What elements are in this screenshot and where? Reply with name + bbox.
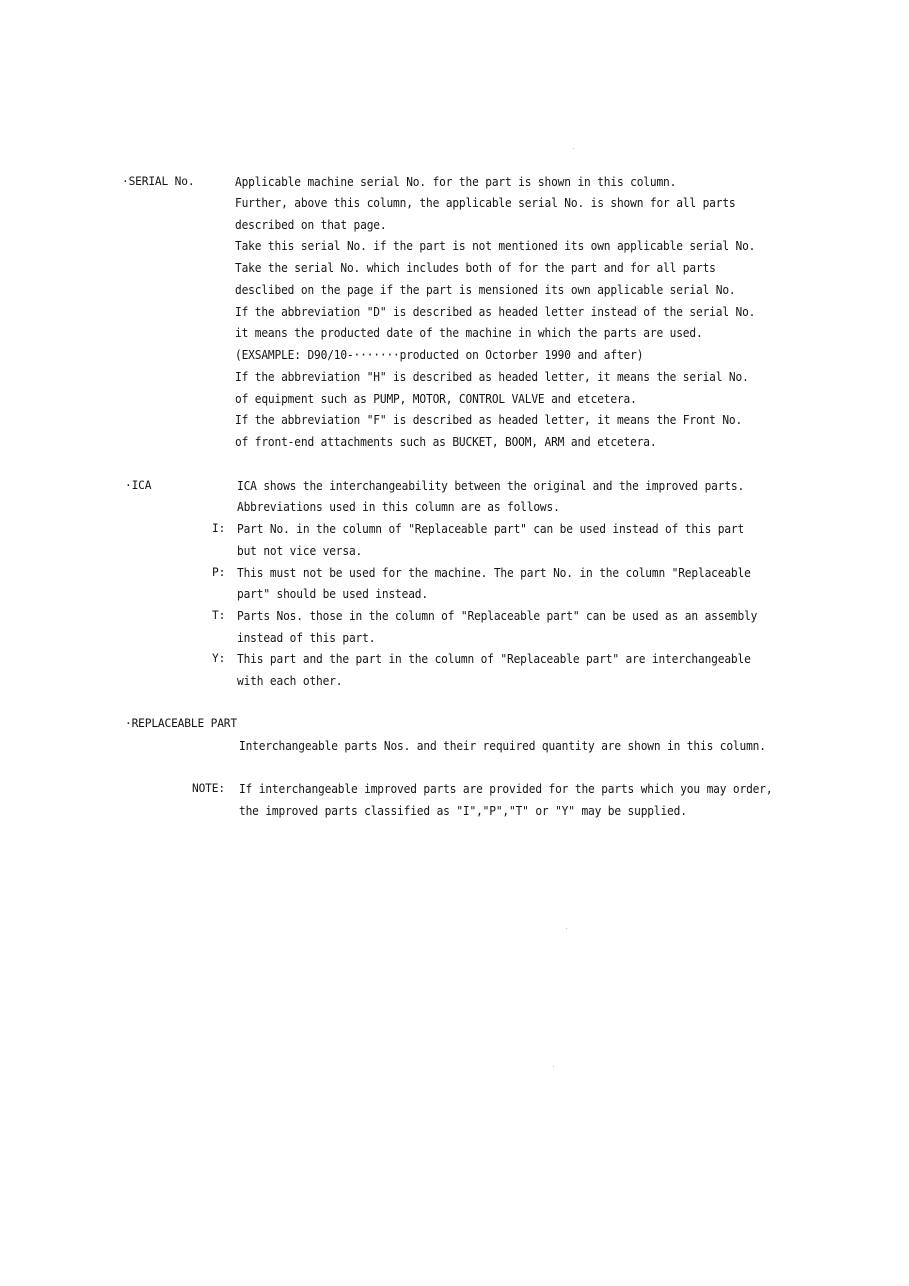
- ica-t-line-1: Parts Nos. those in the column of "Repla…: [237, 609, 757, 624]
- serial-line-6: desclibed on the page if the part is men…: [235, 283, 736, 298]
- ica-code-t: T:: [212, 609, 225, 623]
- ica-heading: ·ICA: [125, 479, 151, 493]
- ica-intro-1: ICA shows the interchangeability between…: [237, 479, 744, 494]
- ica-t-line-2: instead of this part.: [237, 631, 375, 646]
- note-label: NOTE:: [192, 782, 225, 796]
- serial-line-9: (EXSAMPLE: D90/10-·······producted on Oc…: [235, 348, 643, 363]
- note-line-1: If interchangeable improved parts are pr…: [239, 782, 772, 797]
- serial-line-1: Applicable machine serial No. for the pa…: [235, 175, 676, 190]
- serial-line-2: Further, above this column, the applicab…: [235, 196, 736, 211]
- serial-line-10: If the abbreviation "H" is described as …: [235, 370, 749, 385]
- ica-p-line-1: This must not be used for the machine. T…: [237, 566, 751, 581]
- ica-i-line-1: Part No. in the column of "Replaceable p…: [237, 522, 744, 537]
- serial-line-5: Take the serial No. which includes both …: [235, 261, 716, 276]
- serial-line-3: described on that page.: [235, 218, 386, 233]
- serial-line-12: If the abbreviation "F" is described as …: [235, 413, 742, 428]
- ica-y-line-1: This part and the part in the column of …: [237, 652, 751, 667]
- serial-line-7: If the abbreviation "D" is described as …: [235, 305, 755, 320]
- note-line-2: the improved parts classified as "I","P"…: [239, 804, 687, 819]
- replaceable-line: Interchangeable parts Nos. and their req…: [239, 739, 766, 754]
- ica-intro-2: Abbreviations used in this column are as…: [237, 500, 560, 515]
- serial-heading: ·SERIAL No.: [122, 175, 194, 189]
- scan-speck: [566, 928, 567, 929]
- replaceable-heading: ·REPLACEABLE PART: [125, 717, 237, 731]
- scan-speck: [553, 1066, 554, 1067]
- serial-line-4: Take this serial No. if the part is not …: [235, 239, 755, 254]
- ica-p-line-2: part" should be used instead.: [237, 587, 428, 602]
- ica-i-line-2: but not vice versa.: [237, 544, 362, 559]
- serial-line-11: of equipment such as PUMP, MOTOR, CONTRO…: [235, 392, 637, 407]
- scan-speck: [573, 148, 574, 149]
- ica-y-line-2: with each other.: [237, 674, 342, 689]
- ica-code-y: Y:: [212, 652, 225, 666]
- serial-line-13: of front-end attachments such as BUCKET,…: [235, 435, 656, 450]
- serial-line-8: it means the producted date of the machi…: [235, 326, 703, 341]
- ica-code-p: P:: [212, 566, 225, 580]
- ica-code-i: I:: [212, 522, 225, 536]
